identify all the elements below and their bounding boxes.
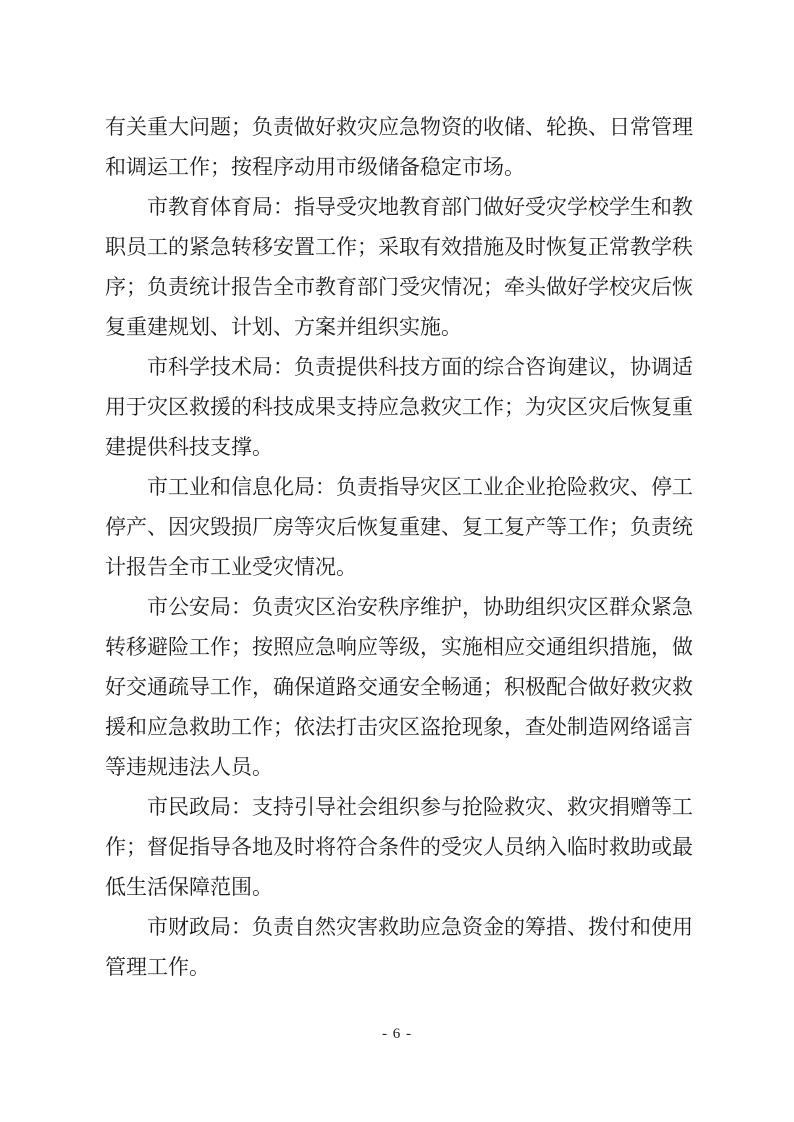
- paragraph-4: 市工业和信息化局：负责指导灾区工业企业抢险救灾、停工停产、因灾毁损厂房等灾后恢复…: [105, 467, 693, 587]
- document-page: 有关重大问题；负责做好救灾应急物资的收储、轮换、日常管理和调运工作；按程序动用市…: [0, 0, 794, 1122]
- paragraph-1: 有关重大问题；负责做好救灾应急物资的收储、轮换、日常管理和调运工作；按程序动用市…: [105, 107, 693, 187]
- paragraph-3: 市科学技术局：负责提供科技方面的综合咨询建议，协调适用于灾区救援的科技成果支持应…: [105, 347, 693, 467]
- page-number: - 6 -: [0, 1026, 794, 1043]
- paragraph-7: 市财政局：负责自然灾害救助应急资金的筹措、拨付和使用管理工作。: [105, 907, 693, 987]
- paragraph-6: 市民政局：支持引导社会组织参与抢险救灾、救灾捐赠等工作；督促指导各地及时将符合条…: [105, 787, 693, 907]
- paragraph-2: 市教育体育局：指导受灾地教育部门做好受灾学校学生和教职员工的紧急转移安置工作；采…: [105, 187, 693, 347]
- paragraph-5: 市公安局：负责灾区治安秩序维护，协助组织灾区群众紧急转移避险工作；按照应急响应等…: [105, 587, 693, 787]
- document-body: 有关重大问题；负责做好救灾应急物资的收储、轮换、日常管理和调运工作；按程序动用市…: [105, 107, 693, 987]
